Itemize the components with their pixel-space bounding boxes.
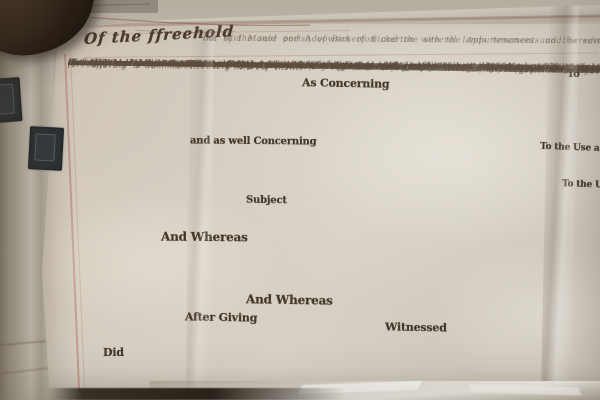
embossed-duty-stamp-upper	[0, 77, 23, 123]
parchment-deed: Of the ffreehold the said Manor and Advo…	[0, 0, 600, 400]
vertical-fold-crease-middle	[186, 28, 214, 394]
manuscript-body-lines: for suffering a Common Recovery thereof …	[64, 57, 600, 394]
stamp-emboss-pattern	[0, 84, 15, 115]
stamp-emboss-pattern	[34, 133, 55, 161]
photograph-of-parchment-deed: Of the ffreehold the said Manor and Advo…	[0, 0, 600, 400]
table-shadow-strip	[46, 388, 346, 400]
embossed-duty-stamp-lower	[28, 126, 64, 171]
